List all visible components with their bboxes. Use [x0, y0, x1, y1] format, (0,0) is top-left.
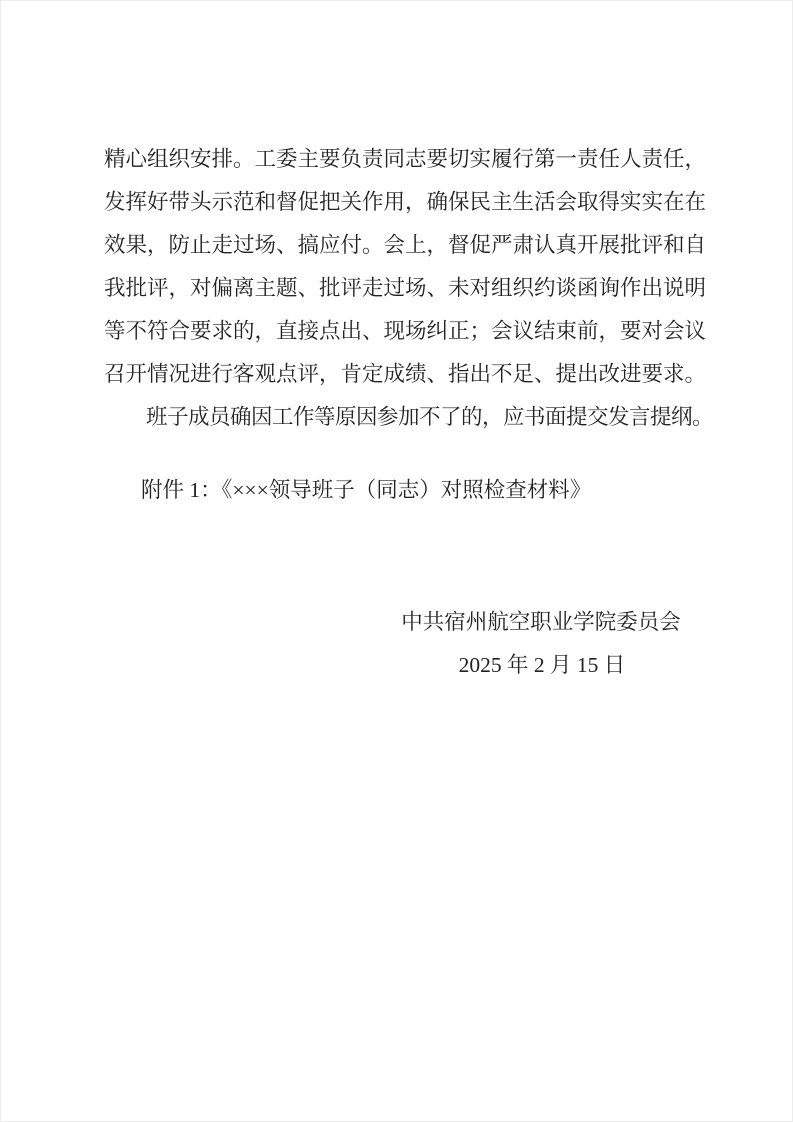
body-line: 效果，防止走过场、搞应付。会上，督促严肃认真开展批评和自 [104, 224, 714, 267]
body-line: 召开情况进行客观点评，肯定成绩、指出不足、提出改进要求。 [104, 353, 714, 396]
body-line: 精心组织安排。工委主要负责同志要切实履行第一责任人责任， [104, 138, 714, 181]
signature-organization: 中共宿州航空职业学院委员会 [401, 601, 681, 644]
signature-date: 2025 年 2 月 15 日 [459, 644, 626, 687]
attachment-reference: 附件 1：《×××领导班子（同志）对照检查材料》 [104, 469, 591, 512]
body-paragraph-2: 班子成员确因工作等原因参加不了的，应书面提交发言提纲。 [104, 396, 714, 439]
body-line: 我批评，对偏离主题、批评走过场、未对组织约谈函询作出说明 [104, 267, 714, 310]
document-body: 精心组织安排。工委主要负责同志要切实履行第一责任人责任， 发挥好带头示范和督促把… [104, 138, 714, 439]
body-line: 发挥好带头示范和督促把关作用，确保民主生活会取得实实在在 [104, 181, 714, 224]
document-page: 精心组织安排。工委主要负责同志要切实履行第一责任人责任， 发挥好带头示范和督促把… [0, 0, 793, 1122]
body-line: 等不符合要求的，直接点出、现场纠正；会议结束前，要对会议 [104, 310, 714, 353]
